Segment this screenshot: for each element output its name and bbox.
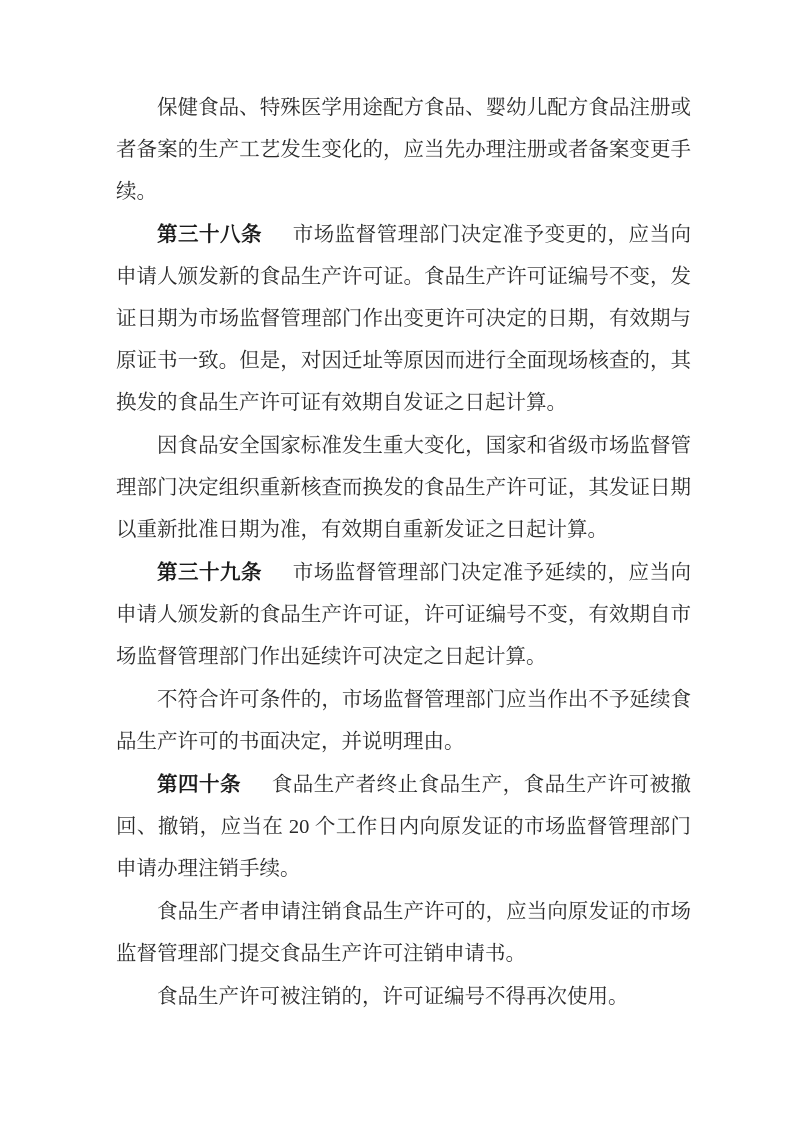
paragraph-text: 因食品安全国家标准发生重大变化，国家和省级市场监督管理部门决定组织重新核查而换发…	[116, 435, 691, 541]
article-number: 第三十八条	[157, 222, 262, 246]
article-number: 第四十条	[157, 772, 241, 796]
paragraph-text: 保健食品、特殊医学用途配方食品、婴幼儿配方食品注册或者备案的生产工艺发生变化的，…	[116, 97, 691, 203]
paragraph-text: 市场监督管理部门决定准予变更的，应当向申请人颁发新的食品生产许可证。食品生产许可…	[116, 224, 691, 414]
paragraph: 保健食品、特殊医学用途配方食品、婴幼儿配方食品注册或者备案的生产工艺发生变化的，…	[116, 86, 691, 213]
document-body: 保健食品、特殊医学用途配方食品、婴幼儿配方食品注册或者备案的生产工艺发生变化的，…	[116, 86, 691, 1018]
paragraph: 食品生产许可被注销的，许可证编号不得再次使用。	[116, 975, 691, 1018]
paragraph-text: 食品生产者申请注销食品生产许可的，应当向原发证的市场监督管理部门提交食品生产许可…	[116, 901, 691, 965]
paragraph: 不符合许可条件的，市场监督管理部门应当作出不予延续食品生产许可的书面决定，并说明…	[116, 678, 691, 763]
paragraph: 第三十八条市场监督管理部门决定准予变更的，应当向申请人颁发新的食品生产许可证。食…	[116, 213, 691, 424]
paragraph-text: 不符合许可条件的，市场监督管理部门应当作出不予延续食品生产许可的书面决定，并说明…	[116, 689, 691, 753]
paragraph: 因食品安全国家标准发生重大变化，国家和省级市场监督管理部门决定组织重新核查而换发…	[116, 424, 691, 551]
paragraph: 食品生产者申请注销食品生产许可的，应当向原发证的市场监督管理部门提交食品生产许可…	[116, 890, 691, 975]
paragraph-text: 食品生产许可被注销的，许可证编号不得再次使用。	[157, 986, 629, 1008]
paragraph: 第四十条食品生产者终止食品生产，食品生产许可被撤回、撤销，应当在 20 个工作日…	[116, 763, 691, 890]
article-number: 第三十九条	[157, 560, 262, 584]
paragraph: 第三十九条市场监督管理部门决定准予延续的，应当向申请人颁发新的食品生产许可证，许…	[116, 551, 691, 678]
document-page: 保健食品、特殊医学用途配方食品、婴幼儿配方食品注册或者备案的生产工艺发生变化的，…	[0, 0, 793, 1122]
